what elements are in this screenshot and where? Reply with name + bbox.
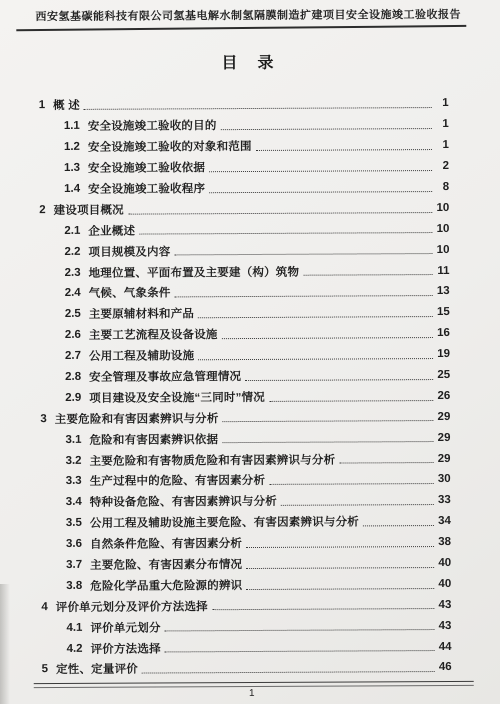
dot-leader [363, 517, 434, 527]
toc-entry-number: 2.1 [64, 225, 80, 237]
toc-entry-number: 4.2 [67, 642, 83, 654]
toc-entry-number: 1 [39, 100, 45, 112]
toc-entry: 1概 述1 [39, 93, 449, 116]
toc-entry-page: 15 [436, 306, 450, 318]
toc-entry-title: 建设项目概况 [54, 202, 124, 218]
toc-entry-page: 29 [436, 411, 450, 423]
toc-entry: 2建设项目概况10 [39, 197, 449, 220]
toc-entry-page: 34 [437, 515, 451, 527]
toc-entry: 3.5公用工程及辅助设施主要危险、有害因素辨识与分析34 [41, 511, 451, 534]
toc-entry-page: 38 [437, 536, 451, 548]
toc-entry-page: 10 [435, 223, 449, 235]
dot-leader [303, 266, 432, 276]
toc-entry: 4.2评价方法选择44 [41, 636, 451, 659]
toc-entry-title: 安全设施竣工验收依据 [88, 159, 205, 176]
toc-entry-title: 安全设施竣工验收的对象和范围 [88, 138, 252, 155]
toc-entry-number: 3.5 [66, 517, 82, 529]
toc-entry-page: 26 [436, 390, 450, 402]
toc-entry-page: 10 [435, 202, 449, 214]
toc-entry-number: 3.7 [66, 559, 82, 571]
toc-entry: 5定性、定量评价46 [42, 657, 452, 680]
toc-entry: 3.8危险化学品重大危险源的辨识40 [41, 573, 451, 596]
toc-entry: 2.5主要原辅材料和产品15 [40, 302, 450, 325]
dot-leader [269, 391, 433, 401]
toc-entry-number: 3.3 [66, 475, 82, 487]
toc-entry-page: 30 [437, 473, 451, 485]
toc-entry: 3.1危险和有害因素辨识依据29 [40, 427, 450, 450]
toc-entry-number: 2 [39, 204, 45, 216]
toc-entry-number: 2.3 [65, 266, 81, 278]
toc-entry-page: 16 [436, 327, 450, 339]
dot-leader [220, 120, 431, 130]
toc-entry-number: 2.8 [65, 371, 81, 383]
dot-leader [175, 287, 433, 298]
toc-entry-title: 评价单元划分 [90, 619, 160, 635]
toc-entry-number: 1.1 [64, 120, 80, 132]
toc-entry-title: 气候、气象条件 [89, 285, 171, 301]
toc-entry-page: 1 [435, 118, 449, 130]
toc-entry-title: 项目建设及安全设施“三同时”情况 [89, 389, 265, 406]
dot-leader [269, 475, 434, 485]
toc-entry-title: 特种设备危险、有害因素辨识与分析 [90, 493, 277, 510]
toc-entry-number: 3 [40, 413, 46, 425]
toc-entry-number: 5 [42, 664, 48, 676]
toc-title: 目 录 [0, 49, 499, 75]
toc-entry: 3.3生产过程中的危险、有害因素分析30 [41, 469, 451, 492]
dot-leader [165, 642, 435, 653]
toc-entry-page: 8 [435, 181, 449, 193]
toc-entry-page: 33 [437, 494, 451, 506]
toc-entry-page: 46 [438, 661, 452, 673]
toc-entry: 1.3安全设施竣工验收依据2 [39, 156, 449, 179]
dot-leader [139, 224, 432, 235]
toc-entry-number: 1.2 [64, 141, 80, 153]
toc-entry-number: 2.4 [65, 287, 81, 299]
toc-entry-page: 13 [436, 285, 450, 297]
header-title: 西安氢基碳能科技有限公司氢基电解水制氢隔膜制造扩建项目安全设施竣工验收报告 [0, 0, 498, 24]
toc-entry: 2.9项目建设及安全设施“三同时”情况26 [40, 385, 450, 408]
toc-entry-title: 地理位置、平面布置及主要建（构）筑物 [89, 263, 300, 280]
toc-entry: 3.2主要危险和有害物质危险和有害因素辨识与分析29 [41, 448, 451, 471]
toc-entry-title: 主要工艺流程及设备设施 [89, 326, 218, 343]
dot-leader [165, 621, 435, 632]
dot-leader [174, 245, 432, 256]
toc-entry: 2.8安全管理及事故应急管理情况25 [40, 365, 450, 388]
page-footer: 1 [2, 681, 500, 704]
toc-entry-page: 29 [436, 432, 450, 444]
dot-leader [281, 496, 434, 506]
toc-entry-title: 主要危险和有害物质危险和有害因素辨识与分析 [90, 451, 336, 468]
toc-entry: 3.6自然条件危险、有害因素分析38 [41, 532, 451, 555]
toc-list: 1概 述11.1安全设施竣工验收的目的11.2安全设施竣工验收的对象和范围11.… [39, 93, 452, 680]
toc-entry: 3.4特种设备危险、有害因素辨识与分析33 [41, 490, 451, 513]
dot-leader [84, 99, 432, 110]
dot-leader [142, 663, 435, 674]
toc-entry-title: 安全设施竣工验收程序 [88, 180, 205, 197]
dot-leader [245, 370, 433, 380]
toc-entry-number: 3.1 [65, 434, 81, 446]
toc-entry: 2.1企业概述10 [39, 218, 449, 241]
toc-entry: 3主要危险和有害因素辨识与分析29 [40, 406, 450, 429]
dot-leader [128, 203, 432, 214]
toc-entry-page: 25 [436, 369, 450, 381]
dot-leader [222, 329, 433, 339]
dot-leader [209, 182, 432, 192]
toc-entry-title: 概 述 [53, 97, 80, 113]
toc-entry-page: 2 [435, 160, 449, 172]
toc-entry: 2.7公用工程及辅助设施19 [40, 344, 450, 367]
toc-entry-title: 主要危险和有害因素辨识与分析 [55, 410, 219, 427]
scanned-page-content: 西安氢基碳能科技有限公司氢基电解水制氢隔膜制造扩建项目安全设施竣工验收报告 目 … [0, 0, 500, 704]
toc-entry-title: 安全管理及事故应急管理情况 [89, 368, 241, 385]
toc-entry: 1.2安全设施竣工验收的对象和范围1 [39, 135, 449, 158]
toc-entry-title: 自然条件危险、有害因素分析 [90, 535, 242, 552]
toc-entry-page: 11 [436, 265, 450, 277]
toc-entry-number: 2.6 [65, 329, 81, 341]
toc-entry-number: 4 [41, 601, 47, 613]
toc-entry-number: 1.4 [64, 183, 80, 195]
toc-entry-number: 3.4 [66, 496, 82, 508]
toc-entry-page: 44 [438, 641, 452, 653]
toc-entry-title: 定性、定量评价 [56, 661, 138, 677]
toc-entry-title: 主要原辅材料和产品 [89, 306, 194, 323]
toc-entry-page: 43 [437, 620, 451, 632]
toc-entry-title: 公用工程及辅助设施主要危险、有害因素辨识与分析 [90, 514, 359, 531]
toc-entry: 3.7主要危险、有害因素分布情况40 [41, 553, 451, 576]
toc-entry-page: 10 [435, 244, 449, 256]
header-rule [16, 25, 466, 31]
toc-entry: 1.1安全设施竣工验收的目的1 [39, 114, 449, 137]
toc-entry-title: 评价方法选择 [91, 640, 161, 656]
toc-entry-title: 安全设施竣工验收的目的 [88, 118, 217, 135]
toc-entry-title: 评价单元划分及评价方法选择 [56, 598, 208, 615]
toc-entry-number: 4.1 [66, 622, 82, 634]
toc-entry: 2.4气候、气象条件13 [40, 281, 450, 304]
toc-entry-number: 3.8 [66, 580, 82, 592]
toc-entry-page: 1 [435, 97, 449, 109]
toc-entry-page: 29 [437, 453, 451, 465]
toc-entry: 4评价单元划分及评价方法选择43 [41, 594, 451, 617]
toc-entry-title: 项目规模及内容 [88, 243, 170, 259]
dot-leader [222, 433, 433, 443]
dot-leader [223, 412, 434, 422]
toc-entry-title: 主要危险、有害因素分布情况 [90, 556, 242, 573]
dot-leader [212, 600, 435, 610]
toc-entry: 2.3地理位置、平面布置及主要建（构）筑物11 [40, 260, 450, 283]
toc-entry-number: 3.2 [66, 454, 82, 466]
dot-leader [209, 162, 432, 172]
toc-entry: 1.4安全设施竣工验收程序8 [39, 177, 449, 200]
toc-entry-title: 公用工程及辅助设施 [89, 347, 194, 364]
toc-entry-title: 企业概述 [88, 222, 135, 238]
toc-entry-title: 生产过程中的危险、有害因素分析 [90, 472, 266, 489]
toc-entry-page: 43 [437, 599, 451, 611]
toc-entry-number: 2.7 [65, 350, 81, 362]
toc-entry-number: 1.3 [64, 162, 80, 174]
dot-leader [256, 141, 432, 151]
toc-entry-number: 2.9 [65, 392, 81, 404]
page-number: 1 [2, 687, 500, 701]
toc-entry-title: 危险和有害因素辨识依据 [89, 431, 218, 448]
toc-entry-page: 40 [437, 578, 451, 590]
toc-entry-title: 危险化学品重大危险源的辨识 [90, 577, 242, 594]
dot-leader [198, 308, 433, 318]
toc-entry-number: 2.5 [65, 308, 81, 320]
dot-leader [246, 579, 434, 589]
dot-leader [246, 558, 434, 568]
toc-entry: 4.1评价单元划分43 [41, 615, 451, 638]
dot-leader [198, 350, 433, 360]
toc-entry-number: 3.6 [66, 538, 82, 550]
toc-entry-page: 1 [435, 139, 449, 151]
page-header: 西安氢基碳能科技有限公司氢基电解水制氢隔膜制造扩建项目安全设施竣工验收报告 [0, 0, 498, 30]
toc-entry: 2.2项目规模及内容10 [39, 239, 449, 262]
dot-leader [246, 538, 434, 548]
toc-entry: 2.6主要工艺流程及设备设施16 [40, 323, 450, 346]
dot-leader [339, 454, 433, 464]
document-page: 西安氢基碳能科技有限公司氢基电解水制氢隔膜制造扩建项目安全设施竣工验收报告 目 … [0, 0, 500, 704]
toc-entry-page: 19 [436, 348, 450, 360]
toc-entry-number: 2.2 [64, 246, 80, 258]
toc-entry-page: 40 [437, 557, 451, 569]
